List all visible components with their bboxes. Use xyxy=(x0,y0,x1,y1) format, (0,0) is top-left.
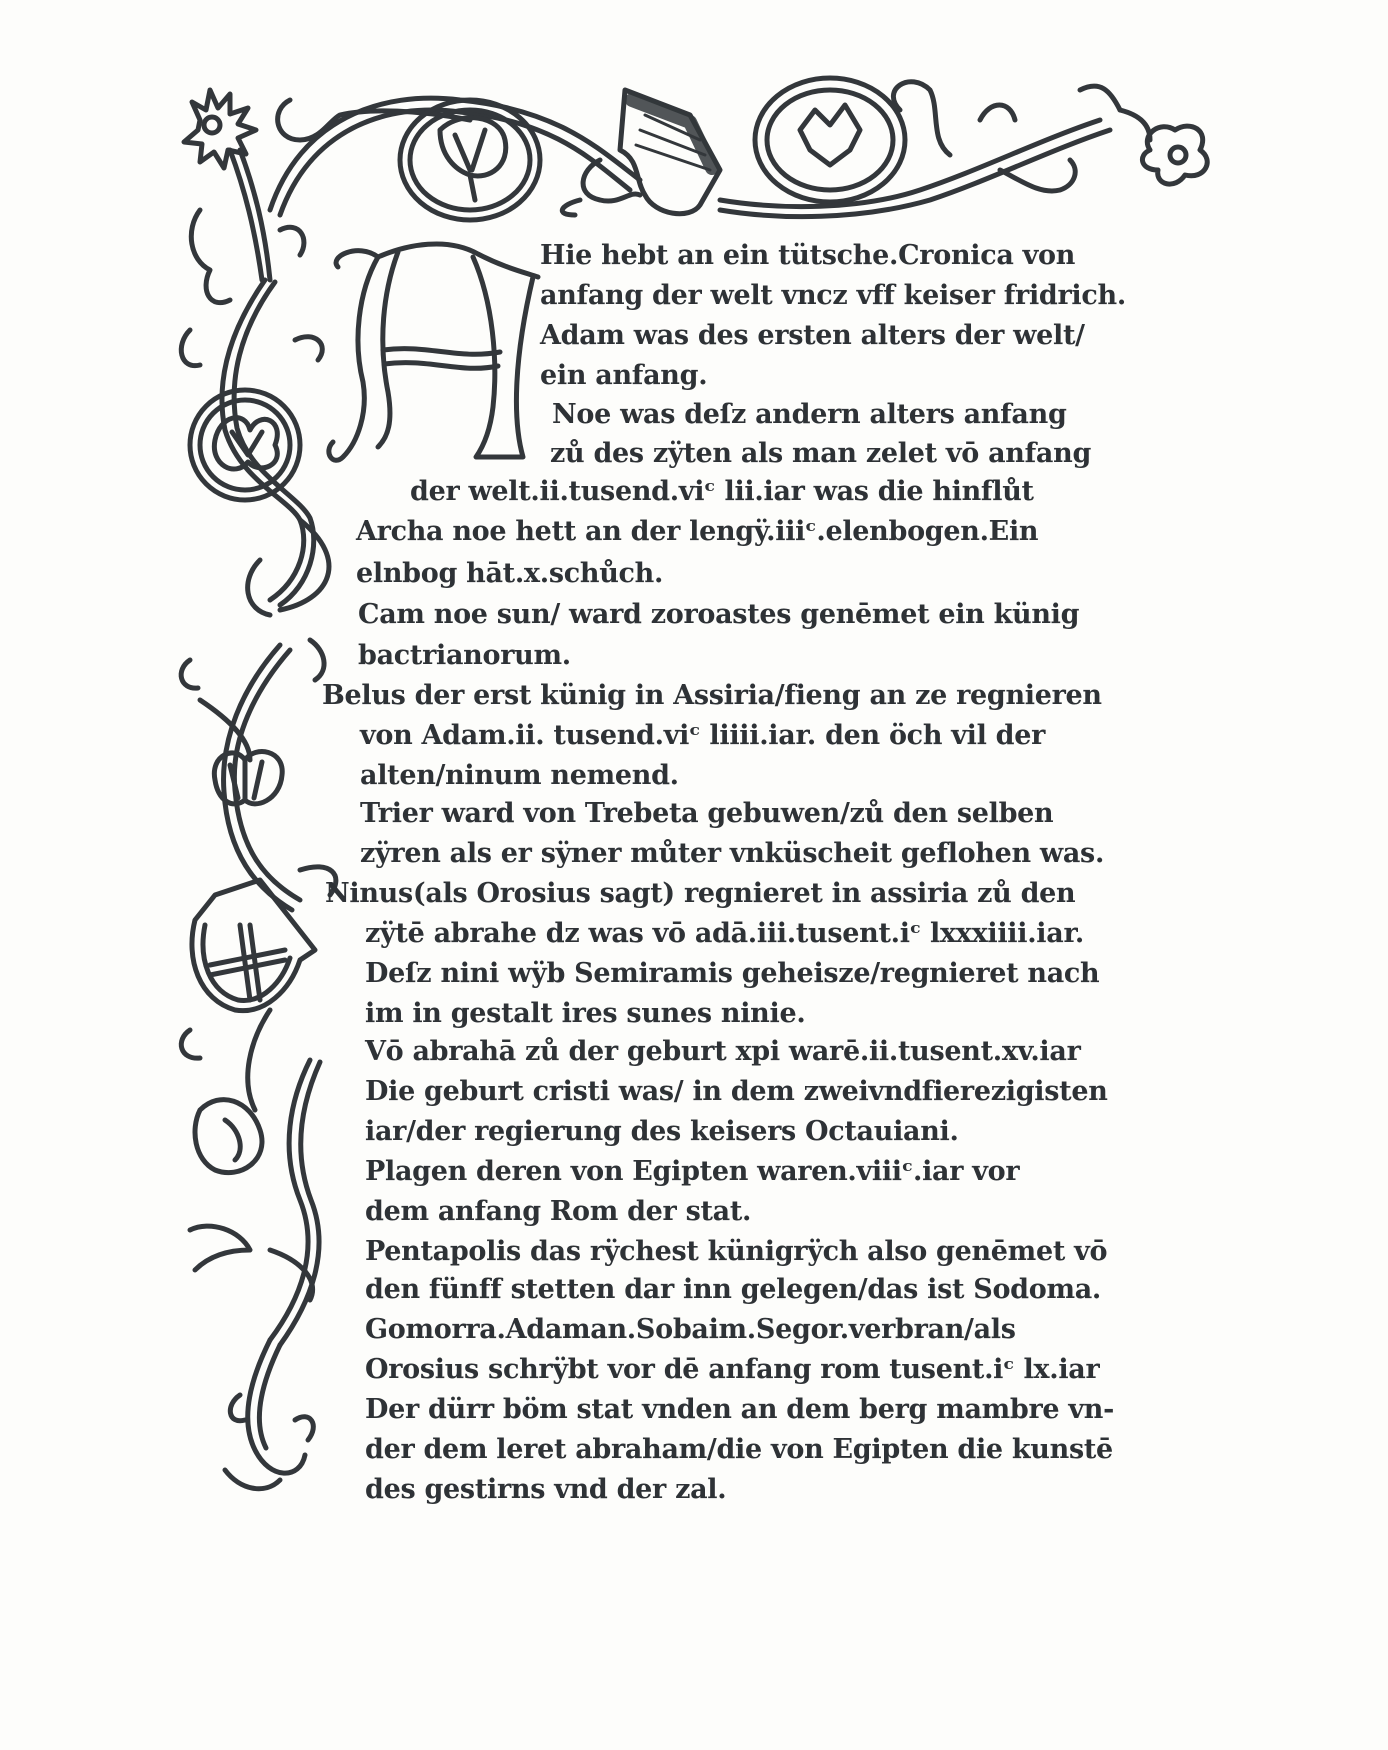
text-line: Orosius schrÿbt vor dē anfang rom tusent… xyxy=(365,1356,1099,1383)
text-line: Trier ward von Trebeta gebuwen/zů den se… xyxy=(360,800,1053,827)
text-line: Gomorra.Adaman.Sobaim.Segor.verbran/als xyxy=(365,1316,1016,1343)
text-line: Adam was des ersten alters der welt/ xyxy=(540,322,1085,349)
text-line: bactrianorum. xyxy=(358,642,571,669)
text-line: Deſz nini wÿb Semiramis geheisze/regnier… xyxy=(365,960,1099,987)
text-line: den fünff stetten dar inn gelegen/das is… xyxy=(365,1276,1101,1303)
text-line: Der dürr böm stat vnden an dem berg mamb… xyxy=(365,1396,1114,1423)
text-line: Plagen deren von Egipten waren.viiiᶜ.iar… xyxy=(365,1158,1019,1185)
text-line: der dem leret abraham/die von Egipten di… xyxy=(365,1436,1113,1463)
text-line: der welt.ii.tusend.viᶜ lii.iar was die h… xyxy=(410,478,1034,505)
text-line: alten/ninum nemend. xyxy=(360,762,679,789)
text-line: iar/der regierung des keisers Octauiani. xyxy=(365,1118,959,1145)
text-line: Pentapolis das rÿchest künigrÿch also ge… xyxy=(365,1238,1107,1265)
text-line: im in gestalt ires sunes ninie. xyxy=(365,1000,805,1027)
text-line: Noe was deſz andern alters anfang xyxy=(552,401,1067,428)
text-line: Ninus(als Orosius sagt) regnieret in ass… xyxy=(325,880,1075,907)
text-line: von Adam.ii. tusend.viᶜ liiii.iar. den ö… xyxy=(360,722,1045,749)
text-line: ein anfang. xyxy=(540,362,707,389)
text-line: Hie hebt an ein tütsche.Cronica von xyxy=(540,242,1075,269)
text-line: Archa noe hett an der lengÿ.iiiᶜ.elenbog… xyxy=(356,518,1038,545)
text-line: zů des zÿten als man zelet vō anfang xyxy=(550,440,1091,467)
text-line: Die geburt cristi was/ in dem zweivndfie… xyxy=(365,1078,1108,1105)
text-line: Vō abrahā zů der geburt xpi warē.ii.tuse… xyxy=(365,1038,1081,1065)
text-line: zÿtē abrahe dz was vō adā.iii.tusent.iᶜ … xyxy=(365,920,1084,947)
text-line: zÿren als er sÿner můter vnküscheit gefl… xyxy=(360,840,1104,867)
text-line: des gestirns vnd der zal. xyxy=(365,1476,726,1503)
text-line: Belus der erst künig in Assiria/fieng an… xyxy=(322,682,1102,709)
text-line: Cam noe sun/ ward zoroastes genēmet ein … xyxy=(358,601,1079,628)
chronicle-text: Hie hebt an ein tütsche.Cronica von anfa… xyxy=(0,0,1388,1750)
text-line: dem anfang Rom der stat. xyxy=(365,1198,751,1225)
woodcut-page: Hie hebt an ein tütsche.Cronica von anfa… xyxy=(0,0,1388,1750)
text-line: anfang der welt vncz vff keiser fridrich… xyxy=(540,282,1126,309)
text-line: elnbog hāt.x.schůch. xyxy=(356,560,663,587)
